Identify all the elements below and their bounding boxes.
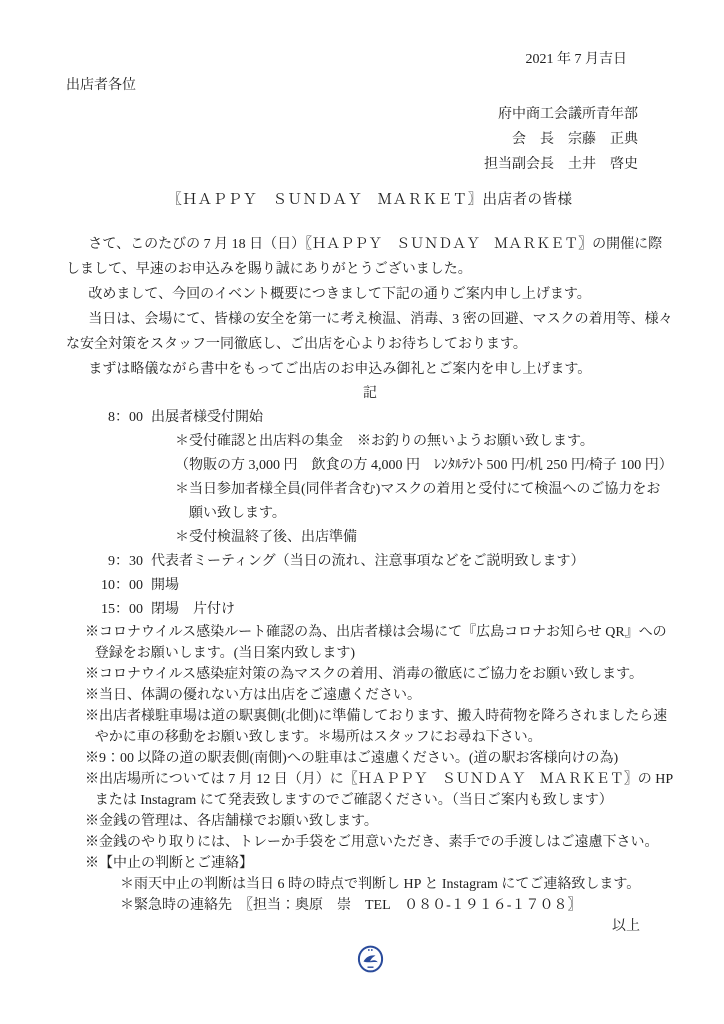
note-item-cancellation-heading: ※【中止の判断とご連絡】	[85, 853, 674, 874]
yeg-emblem-icon	[357, 945, 384, 973]
note-item: ※出店者様駐車場は道の駅裏側(北側)に準備しております、搬入時荷物を降ろされまし…	[85, 706, 674, 748]
schedule-desc: 出展者様受付開始	[151, 406, 263, 430]
paragraph: さて、このたびの 7 月 18 日（日）〖ＨＡＰＰＹ ＳＵＮＤＡＹ ＭＡＲＫＥＴ…	[66, 232, 674, 282]
addressee: 出店者各位	[66, 76, 674, 96]
sender-chairman: 会 長 宗藤 正典	[66, 127, 638, 152]
record-heading: 記	[66, 382, 674, 406]
document-date: 2021 年 7 月吉日	[66, 50, 674, 70]
note-item: ※出店場所については 7 月 12 日（月）に〖ＨＡＰＰＹ ＳＵＮＤＡＹ ＭＡＲ…	[85, 769, 674, 811]
schedule-row: 8：00 出展者様受付開始	[88, 406, 674, 430]
schedule-row: 15：00 閉場 片付け	[88, 598, 674, 622]
schedule-time: 8：00	[88, 406, 143, 430]
note-item: ※当日、体調の優れない方は出店をご遠慮ください。	[85, 685, 674, 706]
schedule-subitem: （物販の方 3,000 円 飲食の方 4,000 円 ﾚﾝﾀﾙﾃﾝﾄ 500 円…	[88, 454, 674, 478]
schedule-list: 8：00 出展者様受付開始 ＊受付確認と出店料の集金 ※お釣りの無いようお願い致…	[88, 406, 674, 622]
body-paragraphs: さて、このたびの 7 月 18 日（日）〖ＨＡＰＰＹ ＳＵＮＤＡＹ ＭＡＲＫＥＴ…	[66, 232, 674, 382]
schedule-subitem: ＊受付確認と出店料の集金 ※お釣りの無いようお願い致します。	[88, 430, 674, 454]
letter-page: 2021 年 7 月吉日 出店者各位 府中商工会議所青年部 会 長 宗藤 正典 …	[0, 0, 724, 1024]
paragraph: 改めまして、今回のイベント概要につきまして下記の通りご案内申し上げます。	[66, 282, 674, 307]
schedule-subitem: ＊当日参加者様全員(同伴者含む)マスクの着用と受付にて検温へのご協力をお願い致し…	[88, 478, 674, 526]
schedule-row: 9：30 代表者ミーティング（当日の流れ、注意事項などをご説明致します）	[88, 550, 674, 574]
sender-org: 府中商工会議所青年部	[66, 102, 638, 127]
schedule-desc: 代表者ミーティング（当日の流れ、注意事項などをご説明致します）	[151, 550, 584, 574]
schedule-subitem: ＊受付検温終了後、出店準備	[88, 526, 674, 550]
footer-emblem	[66, 945, 674, 973]
note-item: ※コロナウイルス感染症対策の為マスクの着用、消毒の徹底にご協力をお願い致します。	[85, 664, 674, 685]
note-item: ※9：00 以降の道の駅表側(南側)への駐車はご遠慮ください。(道の駅お客様向け…	[85, 748, 674, 769]
schedule-time: 15：00	[88, 598, 143, 622]
cancellation-subitem: ＊雨天中止の判断は当日 6 時の時点で判断し HP と Instagram にて…	[85, 874, 674, 895]
schedule-desc: 開場	[151, 574, 179, 598]
schedule-time: 9：30	[88, 550, 143, 574]
schedule-row: 10：00 開場	[88, 574, 674, 598]
paragraph: まずは略儀ながら書中をもってご出店のお申込み御礼とご案内を申し上げます。	[66, 357, 674, 382]
schedule-desc: 閉場 片付け	[151, 598, 235, 622]
cancellation-contact: ＊緊急時の連絡先 〖担当：奥原 崇 TEL ０８０-１９１６-１７０８〗	[85, 895, 674, 916]
sender-vice-chairman: 担当副会長 土井 啓史	[66, 152, 638, 177]
note-item: ※コロナウイルス感染ルート確認の為、出店者様は会場にて『広島コロナお知らせ QR…	[85, 622, 674, 664]
note-item: ※金銭の管理は、各店舗様でお願い致します。	[85, 811, 674, 832]
closing-mark: 以上	[66, 916, 674, 937]
page-title: 〖ＨＡＰＰＹ ＳＵＮＤＡＹ ＭＡＲＫＥＴ〗出店者の皆様	[66, 189, 674, 211]
paragraph: 当日は、会場にて、皆様の安全を第一に考え検温、消毒、3 密の回避、マスクの着用等…	[66, 307, 674, 357]
sender-block: 府中商工会議所青年部 会 長 宗藤 正典 担当副会長 土井 啓史	[66, 102, 674, 177]
notes-list: ※コロナウイルス感染ルート確認の為、出店者様は会場にて『広島コロナお知らせ QR…	[85, 622, 674, 916]
schedule-time: 10：00	[88, 574, 143, 598]
note-item: ※金銭のやり取りには、トレーか手袋をご用意いただき、素手での手渡しはご遠慮下さい…	[85, 832, 674, 853]
